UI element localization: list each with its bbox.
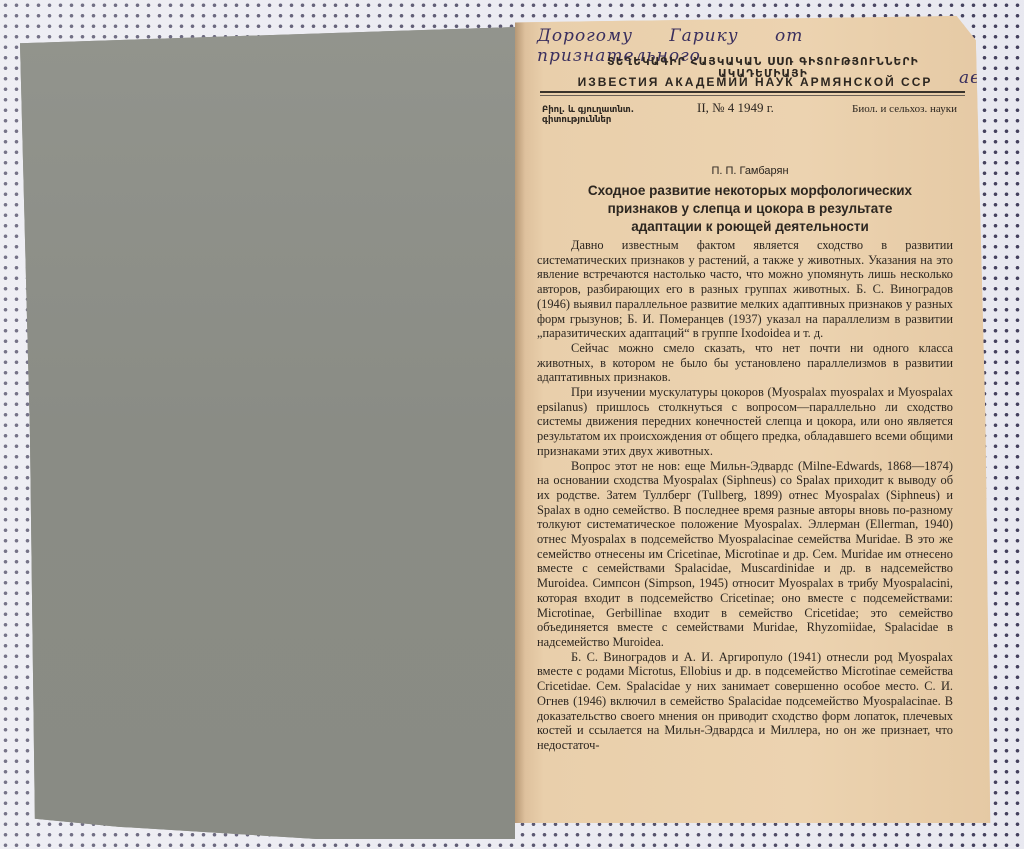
journal-page: Дорогому Гарику от признательного автора… <box>515 16 995 823</box>
journal-title-russian: ИЗВЕСТИЯ АКАДЕМИИ НАУК АРМЯНСКОЙ ССР <box>555 75 955 89</box>
paragraph: Б. С. Виноградов и А. И. Аргиропуло (194… <box>537 650 953 753</box>
issue-info-row: Բիոլ. և գյուղատնտ. գիտություններ II, № 4… <box>542 100 982 116</box>
paragraph: Сейчас можно смело сказать, что нет почт… <box>537 341 953 385</box>
article-title: Сходное развитие некоторых морфологическ… <box>555 182 945 236</box>
paragraph: Вопрос этот не нов: еще Мильн-Эдвардс (M… <box>537 459 953 650</box>
section-armenian: Բիոլ. և գյուղատնտ. գիտություններ <box>542 105 697 125</box>
issue-number: II, № 4 1949 г. <box>697 100 852 116</box>
paragraph: При изучении мускулатуры цокоров (Myospa… <box>537 385 953 459</box>
paragraph: Давно известным фактом является сходство… <box>537 238 953 341</box>
title-line: признаков у слепца и цокора в результате <box>555 200 945 218</box>
title-line: адаптации к роющей деятельности <box>555 218 945 236</box>
header-rule-thin <box>540 95 965 96</box>
gray-back-cover <box>20 27 515 839</box>
article-author: П. П. Гамбарян <box>515 165 985 177</box>
article-body: Давно известным фактом является сходство… <box>537 238 953 753</box>
page-fold-shadow <box>515 16 525 823</box>
title-line: Сходное развитие некоторых морфологическ… <box>555 182 945 200</box>
header-rule <box>540 91 965 93</box>
section-russian: Биол. и сельхоз. науки <box>852 103 957 115</box>
